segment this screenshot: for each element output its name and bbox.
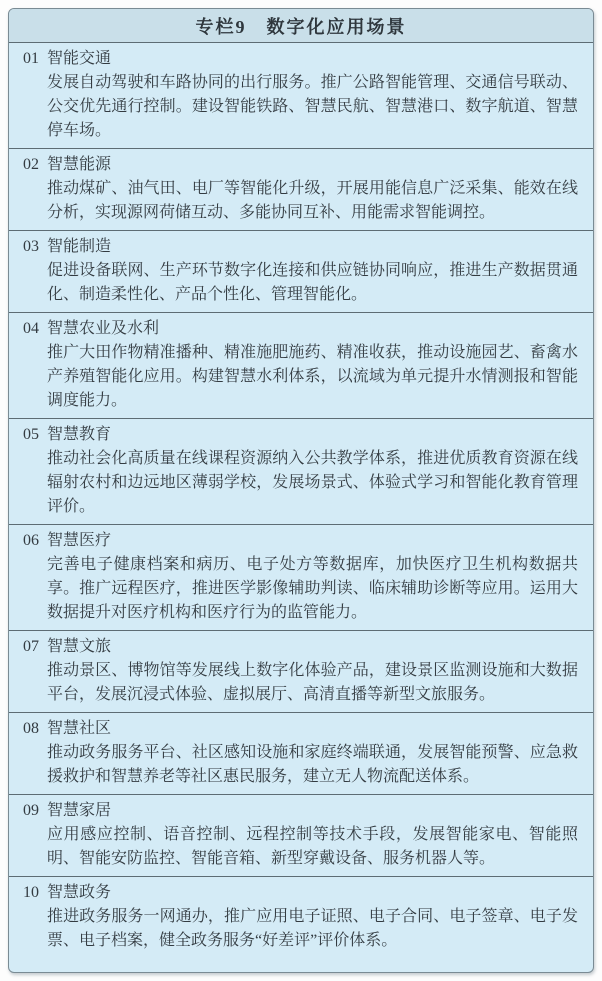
section-description: 促进设备联网、生产环节数字化连接和供应链协同响应，推进生产数据贯通化、制造柔性化… <box>47 259 578 307</box>
section-title: 智慧农业及水利 <box>47 317 578 341</box>
section-number: 07 <box>23 635 47 707</box>
section-title: 智慧文旅 <box>47 635 578 659</box>
section-description: 完善电子健康档案和病历、电子处方等数据库，加快医疗卫生机构数据共享。推广远程医疗… <box>47 553 578 625</box>
section-07-smart-culture-tourism: 07 智慧文旅 推动景区、博物馆等发展线上数字化体验产品，建设景区监测设施和大数… <box>9 630 593 712</box>
sections-list: 01 智能交通 发展自动驾驶和车路协同的出行服务。推广公路智能管理、交通信号联动… <box>9 43 593 972</box>
section-body: 智慧文旅 推动景区、博物馆等发展线上数字化体验产品，建设景区监测设施和大数据平台… <box>47 635 578 707</box>
section-description: 推动政务服务平台、社区感知设施和家庭终端联通，发展智能预警、应急救援救护和智慧养… <box>47 741 578 789</box>
section-05-smart-education: 05 智慧教育 推动社会化高质量在线课程资源纳入公共教学体系，推进优质教育资源在… <box>9 418 593 524</box>
column-9-panel: 专栏9 数字化应用场景 01 智能交通 发展自动驾驶和车路协同的出行服务。推广公… <box>8 8 594 973</box>
section-09-smart-home: 09 智慧家居 应用感应控制、语音控制、远程控制等技术手段，发展智能家电、智能照… <box>9 794 593 876</box>
section-title: 智慧政务 <box>47 881 578 905</box>
section-title: 智慧能源 <box>47 153 578 177</box>
document-page: 专栏9 数字化应用场景 01 智能交通 发展自动驾驶和车路协同的出行服务。推广公… <box>0 0 602 981</box>
section-10-smart-government: 10 智慧政务 推进政务服务一网通办，推广应用电子证照、电子合同、电子签章、电子… <box>9 876 593 958</box>
section-title: 智慧家居 <box>47 799 578 823</box>
section-number: 02 <box>23 153 47 225</box>
section-body: 智能制造 促进设备联网、生产环节数字化连接和供应链协同响应，推进生产数据贯通化、… <box>47 235 578 307</box>
section-04-smart-agriculture-water: 04 智慧农业及水利 推广大田作物精准播种、精准施肥施药、精准收获，推动设施园艺… <box>9 312 593 418</box>
section-body: 智慧农业及水利 推广大田作物精准播种、精准施肥施药、精准收获，推动设施园艺、畜禽… <box>47 317 578 413</box>
section-description: 应用感应控制、语音控制、远程控制等技术手段，发展智能家电、智能照明、智能安防监控… <box>47 823 578 871</box>
section-number: 09 <box>23 799 47 871</box>
section-06-smart-healthcare: 06 智慧医疗 完善电子健康档案和病历、电子处方等数据库，加快医疗卫生机构数据共… <box>9 524 593 630</box>
section-title: 智慧社区 <box>47 717 578 741</box>
section-number: 05 <box>23 423 47 519</box>
section-number: 01 <box>23 47 47 143</box>
section-03-smart-manufacturing: 03 智能制造 促进设备联网、生产环节数字化连接和供应链协同响应，推进生产数据贯… <box>9 230 593 312</box>
section-title: 智慧教育 <box>47 423 578 447</box>
section-number: 06 <box>23 529 47 625</box>
section-number: 08 <box>23 717 47 789</box>
section-08-smart-community: 08 智慧社区 推动政务服务平台、社区感知设施和家庭终端联通，发展智能预警、应急… <box>9 712 593 794</box>
section-02-smart-energy: 02 智慧能源 推动煤矿、油气田、电厂等智能化升级，开展用能信息广泛采集、能效在… <box>9 148 593 230</box>
section-description: 推动景区、博物馆等发展线上数字化体验产品，建设景区监测设施和大数据平台，发展沉浸… <box>47 659 578 707</box>
section-description: 推动社会化高质量在线课程资源纳入公共教学体系，推进优质教育资源在线辐射农村和边远… <box>47 447 578 519</box>
section-title: 智能制造 <box>47 235 578 259</box>
section-body: 智慧医疗 完善电子健康档案和病历、电子处方等数据库，加快医疗卫生机构数据共享。推… <box>47 529 578 625</box>
section-description: 推进政务服务一网通办，推广应用电子证照、电子合同、电子签章、电子发票、电子档案，… <box>47 905 578 953</box>
section-title: 智能交通 <box>47 47 578 71</box>
section-body: 智慧政务 推进政务服务一网通办，推广应用电子证照、电子合同、电子签章、电子发票、… <box>47 881 578 953</box>
section-number: 04 <box>23 317 47 413</box>
section-body: 智慧教育 推动社会化高质量在线课程资源纳入公共教学体系，推进优质教育资源在线辐射… <box>47 423 578 519</box>
section-body: 智慧社区 推动政务服务平台、社区感知设施和家庭终端联通，发展智能预警、应急救援救… <box>47 717 578 789</box>
section-body: 智慧家居 应用感应控制、语音控制、远程控制等技术手段，发展智能家电、智能照明、智… <box>47 799 578 871</box>
panel-header: 专栏9 数字化应用场景 <box>9 9 593 43</box>
section-description: 推广大田作物精准播种、精准施肥施药、精准收获，推动设施园艺、畜禽水产养殖智能化应… <box>47 341 578 413</box>
section-number: 10 <box>23 881 47 953</box>
section-01-smart-transport: 01 智能交通 发展自动驾驶和车路协同的出行服务。推广公路智能管理、交通信号联动… <box>9 43 593 148</box>
section-body: 智慧能源 推动煤矿、油气田、电厂等智能化升级，开展用能信息广泛采集、能效在线分析… <box>47 153 578 225</box>
section-body: 智能交通 发展自动驾驶和车路协同的出行服务。推广公路智能管理、交通信号联动、公交… <box>47 47 578 143</box>
section-description: 发展自动驾驶和车路协同的出行服务。推广公路智能管理、交通信号联动、公交优先通行控… <box>47 71 578 143</box>
section-title: 智慧医疗 <box>47 529 578 553</box>
section-number: 03 <box>23 235 47 307</box>
panel-title: 专栏9 数字化应用场景 <box>196 13 407 39</box>
section-description: 推动煤矿、油气田、电厂等智能化升级，开展用能信息广泛采集、能效在线分析，实现源网… <box>47 177 578 225</box>
